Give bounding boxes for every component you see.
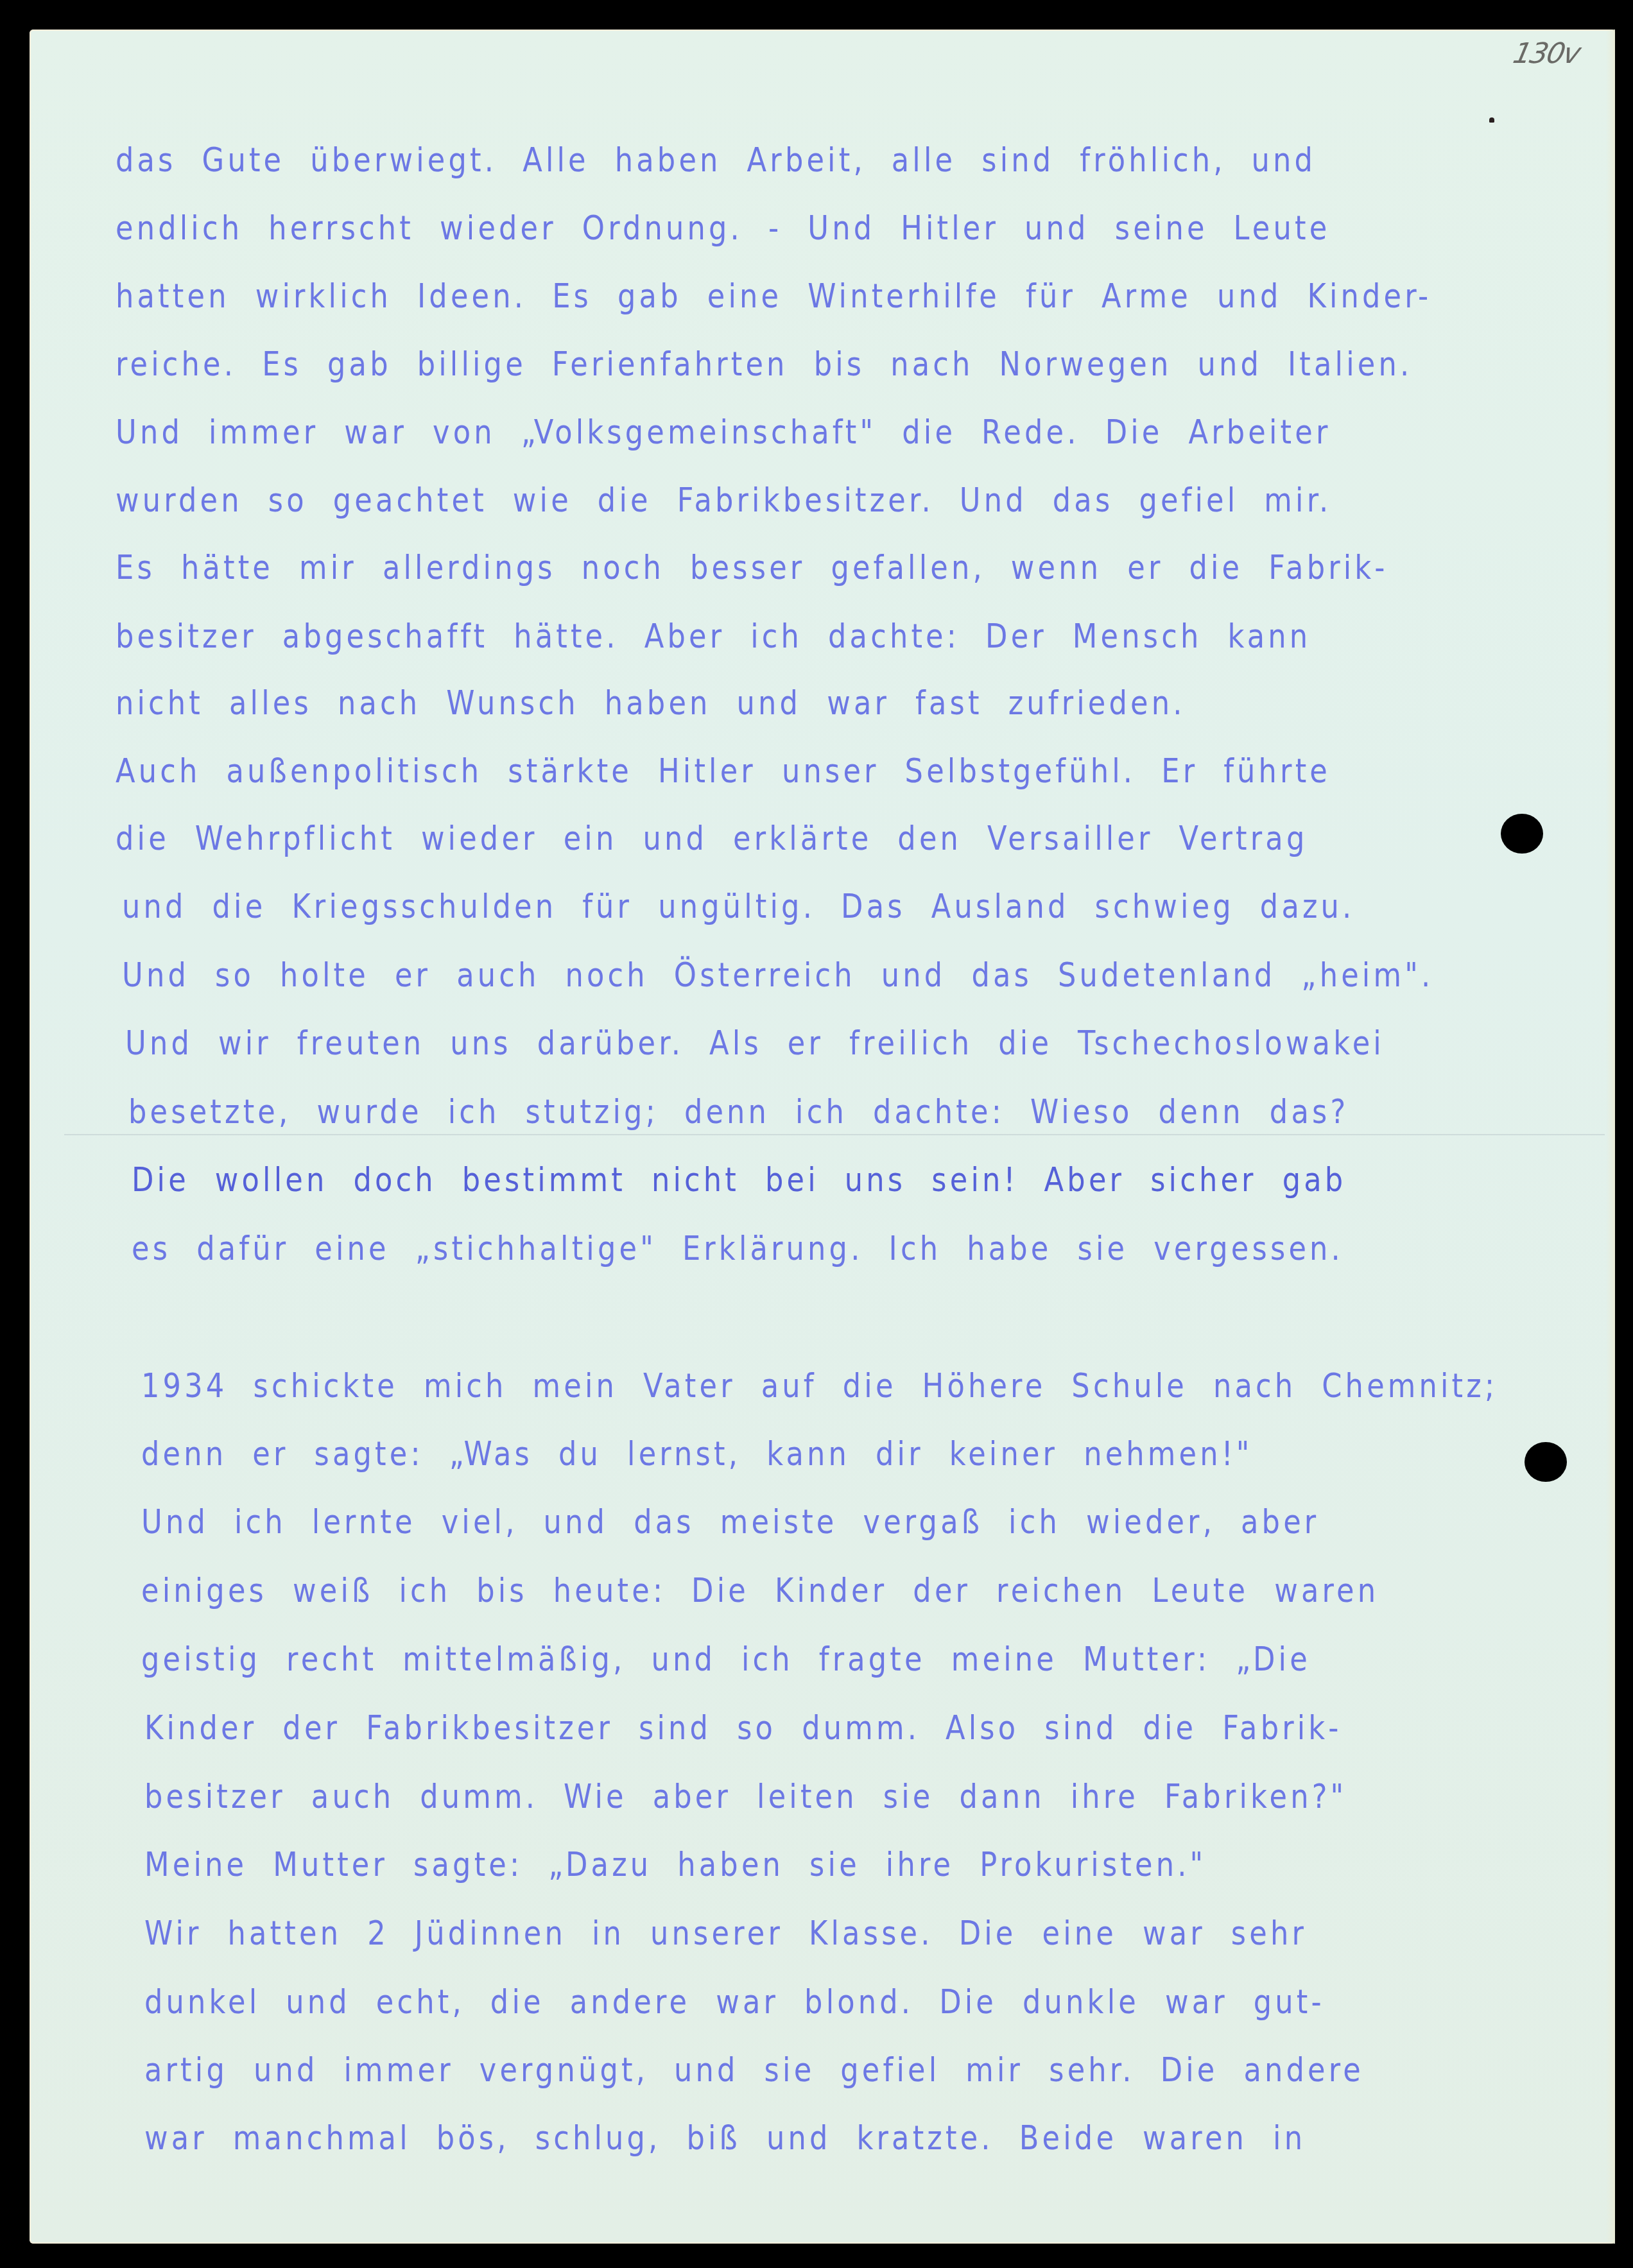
- text-line: besetzte, wurde ich stutzig; denn ich da…: [128, 1093, 1349, 1131]
- text-line: Und ich lernte viel, und das meiste verg…: [141, 1503, 1319, 1542]
- text-line: die Wehrpflicht wieder ein und erklärte …: [116, 820, 1308, 858]
- text-line: hatten wirklich Ideen. Es gab eine Winte…: [116, 277, 1431, 316]
- text-line: denn er sagte: „Was du lernst, kann dir …: [141, 1435, 1253, 1473]
- text-line: besitzer auch dumm. Wie aber leiten sie …: [144, 1778, 1347, 1816]
- text-line: artig und immer vergnügt, und sie gefiel…: [144, 2051, 1364, 2090]
- text-line: Es hätte mir allerdings noch besser gefa…: [116, 549, 1388, 587]
- text-line: und die Kriegsschulden für ungültig. Das…: [122, 888, 1355, 926]
- text-line: Und wir freuten uns darüber. Als er frei…: [125, 1024, 1385, 1063]
- text-line: nicht alles nach Wunsch haben und war fa…: [116, 684, 1186, 723]
- text-line: dunkel und echt, die andere war blond. D…: [144, 1983, 1325, 2022]
- text-line: Und immer war von „Volksgemeinschaft" di…: [116, 413, 1331, 452]
- text-line: reiche. Es gab billige Ferienfahrten bis…: [116, 345, 1412, 384]
- text-line: war manchmal bös, schlug, biß und kratzt…: [144, 2119, 1306, 2158]
- text-line: einiges weiß ich bis heute: Die Kinder d…: [141, 1572, 1379, 1610]
- handwritten-text: das Gute überwiegt. Alle haben Arbeit, a…: [0, 0, 1633, 2268]
- text-line: besitzer abgeschafft hätte. Aber ich dac…: [116, 617, 1311, 656]
- text-line: Kinder der Fabrikbesitzer sind so dumm. …: [144, 1709, 1342, 1748]
- text-line: endlich herrscht wieder Ordnung. - Und H…: [116, 209, 1330, 248]
- text-line: Wir hatten 2 Jüdinnen in unserer Klasse.…: [144, 1914, 1307, 1953]
- text-line: Und so holte er auch noch Österreich und…: [122, 956, 1433, 995]
- text-line: das Gute überwiegt. Alle haben Arbeit, a…: [116, 141, 1316, 180]
- text-line: Die wollen doch bestimmt nicht bei uns s…: [132, 1161, 1346, 1199]
- text-line: es dafür eine „stichhaltige" Erklärung. …: [132, 1230, 1344, 1268]
- text-line: 1934 schickte mich mein Vater auf die Hö…: [141, 1367, 1498, 1405]
- text-line: Meine Mutter sagte: „Dazu haben sie ihre…: [144, 1846, 1206, 1884]
- text-line: Auch außenpolitisch stärkte Hitler unser…: [116, 752, 1331, 791]
- text-line: geistig recht mittelmäßig, und ich fragt…: [141, 1640, 1311, 1679]
- text-line: wurden so geachtet wie die Fabrikbesitze…: [116, 481, 1331, 520]
